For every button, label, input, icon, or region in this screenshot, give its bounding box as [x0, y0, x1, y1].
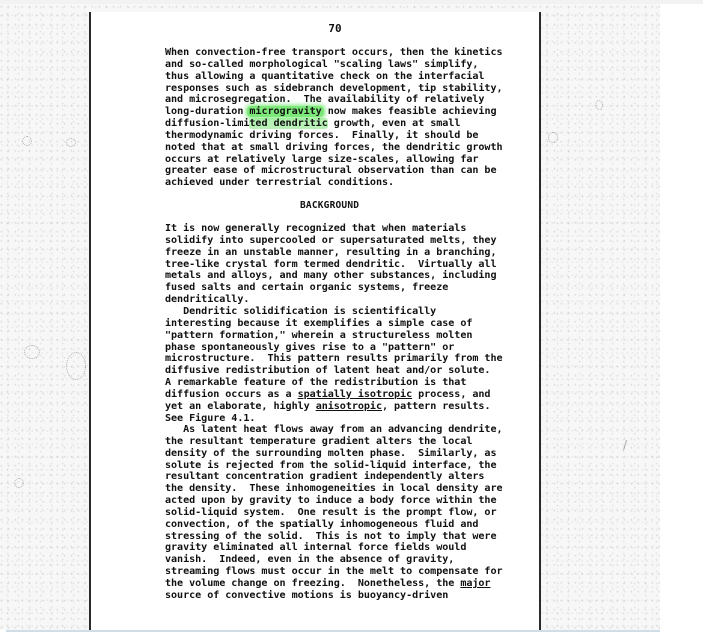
- scan-speck: [66, 352, 86, 380]
- text-line: dendritically.: [165, 294, 505, 306]
- text-line: the resultant temperature gradient alter…: [165, 436, 505, 448]
- underlined-term: anisotropic: [316, 401, 382, 412]
- highlight-spill: ted dendritic: [249, 118, 327, 129]
- paragraph-dendritic-solidification: Dendritic solidification is scientifical…: [165, 306, 505, 424]
- text-line: fused salts and certain organic systems,…: [165, 282, 505, 294]
- text-line: diffusion occurs as a spatially isotropi…: [165, 389, 505, 401]
- scan-speck: [595, 100, 603, 110]
- scan-mark: /: [623, 438, 627, 452]
- text-line: source of convective motions is buoyancy…: [165, 590, 505, 602]
- text-line: acted upon by gravity to induce a body f…: [165, 495, 505, 507]
- text-line: tree-like crystal form termed dendritic.…: [165, 259, 505, 271]
- text-line: diffusive redistribution of latent heat …: [165, 365, 505, 377]
- text-line: stressing of the solid. This is not to i…: [165, 531, 505, 543]
- paragraph-convection-free: When convection-free transport occurs, t…: [165, 47, 505, 189]
- text-line: freeze in an unstable manner, resulting …: [165, 247, 505, 259]
- text-line: vanish. Indeed, even in the absence of g…: [165, 554, 505, 566]
- text-line: streaming flows must occur in the melt t…: [165, 566, 505, 578]
- text-line: See Figure 4.1.: [165, 413, 505, 425]
- scan-speck: [22, 136, 32, 146]
- text-line: solute is rejected from the solid-liquid…: [165, 460, 505, 472]
- text-line: thermodynamic driving forces. Finally, i…: [165, 130, 505, 142]
- text-line: resultant concentration gradient indepen…: [165, 471, 505, 483]
- text-line: microstructure. This pattern results pri…: [165, 353, 505, 365]
- text-line: thus allowing a quantitative check on th…: [165, 71, 505, 83]
- text-line: solid-liquid system. One result is the p…: [165, 507, 505, 519]
- text-line: As latent heat flows away from an advanc…: [165, 424, 505, 436]
- text-line: and so-called morphological "scaling law…: [165, 59, 505, 71]
- text-line: phase spontaneously gives rise to a "pat…: [165, 342, 505, 354]
- text-line: It is now generally recognized that when…: [165, 223, 505, 235]
- underlined-term: spatially isotropic: [298, 389, 413, 400]
- text-line: convection, of the spatially inhomogeneo…: [165, 519, 505, 531]
- text-line: density of the surrounding molten phase.…: [165, 448, 505, 460]
- text-line: Dendritic solidification is scientifical…: [165, 306, 505, 318]
- text-line: occurs at relatively large size-scales, …: [165, 154, 505, 166]
- text-line: and microsegregation. The availability o…: [165, 94, 505, 106]
- text-line: gravity eliminated all internal force fi…: [165, 542, 505, 554]
- text-line: responses such as sidebranch development…: [165, 83, 505, 95]
- paragraph-latent-heat: As latent heat flows away from an advanc…: [165, 424, 505, 602]
- text-line: yet an elaborate, highly anisotropic, pa…: [165, 401, 505, 413]
- underlined-term: major: [460, 578, 490, 589]
- scan-speck: [66, 138, 76, 147]
- text-line: the density. These inhomogeneities in lo…: [165, 483, 505, 495]
- text-line: A remarkable feature of the redistributi…: [165, 377, 505, 389]
- scan-speck: [24, 345, 40, 359]
- text-line: long-duration microgravity now makes fea…: [165, 106, 505, 118]
- section-heading: BACKGROUND: [300, 200, 359, 211]
- text-line: When convection-free transport occurs, t…: [165, 47, 505, 59]
- text-line: greater ease of microstructural observat…: [165, 165, 505, 177]
- paragraph-background-intro: It is now generally recognized that when…: [165, 223, 505, 306]
- text-line: interesting because it exemplifies a sim…: [165, 318, 505, 330]
- text-line: the volume change on freezing. Nonethele…: [165, 578, 505, 590]
- highlighted-term[interactable]: microgravity: [247, 106, 323, 117]
- text-line: metals and alloys, and many other substa…: [165, 270, 505, 282]
- scan-speck: [548, 132, 558, 143]
- text-line: "pattern formation," wherein a structure…: [165, 330, 505, 342]
- text-line: diffusion-limited dendritic growth, even…: [165, 118, 505, 130]
- text-line: achieved under terrestrial conditions.: [165, 177, 505, 189]
- text-line: noted that at small driving forces, the …: [165, 142, 505, 154]
- text-line: solidify into supercooled or supersatura…: [165, 235, 505, 247]
- scan-speck: [14, 478, 24, 488]
- page-number: 70: [325, 22, 345, 35]
- viewer-bottom-border: [6, 630, 660, 632]
